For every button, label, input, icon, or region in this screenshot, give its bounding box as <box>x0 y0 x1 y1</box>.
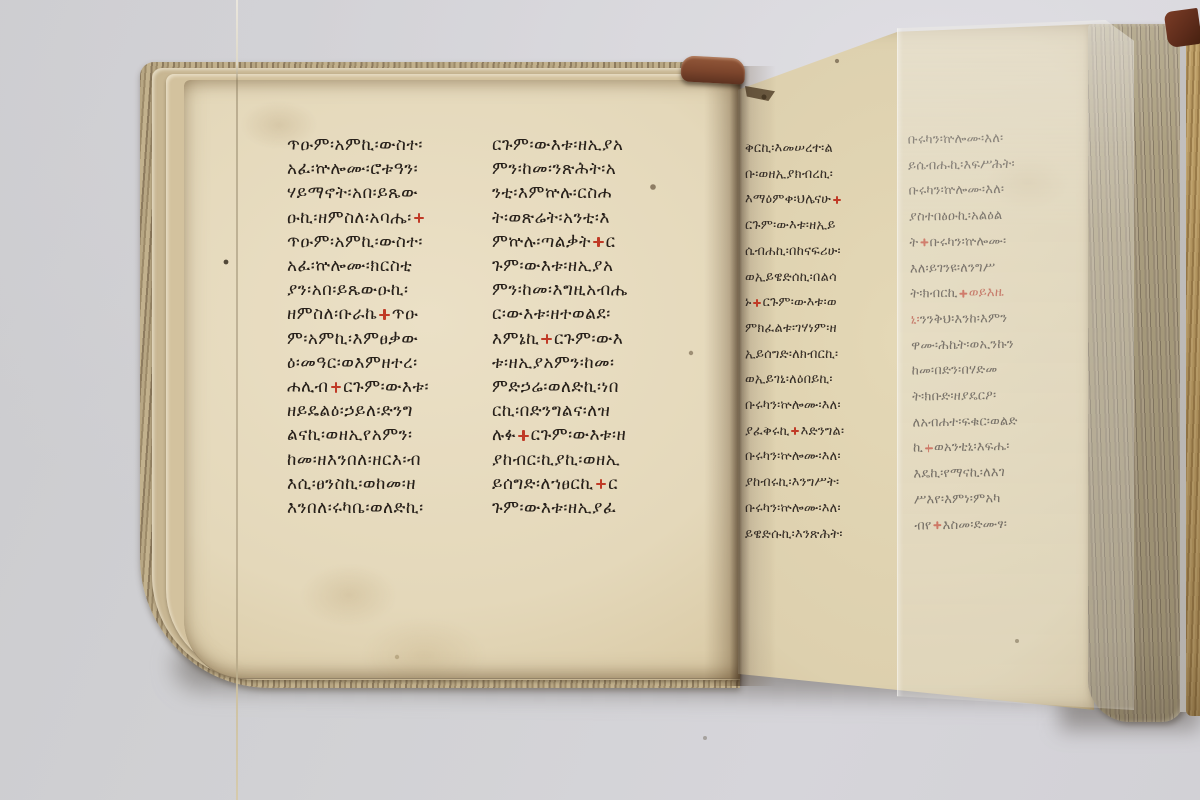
geez-text-run: ያከብር፡ኪያኪ፡ወዘኢ <box>492 450 620 470</box>
manuscript-text-line: ሃይማኖት፡አበ፡ይጼው <box>287 181 473 205</box>
manuscript-text-line: አፈ፡ኵሎሙ፡ሮቱዓን፡ <box>287 157 473 181</box>
leather-cover-corner <box>1164 8 1200 48</box>
geez-text-run: ርጉም፡ውእ <box>554 329 623 349</box>
red-cross-mark-icon <box>331 382 342 393</box>
manuscript-text-line: ወኢይገኒ፡ለዕበይኪ፡ <box>745 367 903 393</box>
geez-text-run: ሐሊብ <box>287 377 329 397</box>
spine-leather-tab <box>680 55 745 84</box>
manuscript-text-line: እንበለ፡ሩካቤ፡ወለድኪ፡ <box>287 496 473 520</box>
geez-text-run: ኑ <box>745 295 752 310</box>
geez-text-run: ጥዑም፡አምኪ፡ውስተ፡ <box>287 135 423 155</box>
geez-text-run: ያን፡አበ፡ይጼውዑኪ፡ <box>287 280 409 300</box>
manuscript-text-line: እማዕምቀ፡ህሌናሁ <box>745 187 903 213</box>
text-column-left-2: ርጉም፡ውእቱ፡ዘኢያአምን፡ከመ፡ንጽሕት፡አንቲ፡እምኵሉ፡ርስሐት፡ወጽሬ… <box>492 133 696 520</box>
red-cross-mark-icon <box>379 309 390 320</box>
manuscript-text-line: ያፈቅሩኪእድንግል፡ <box>745 419 903 445</box>
manuscript-text-line: ርጉም፡ውእቱ፡ዘኢይ <box>745 213 903 239</box>
red-cross-mark-icon <box>518 430 529 441</box>
manuscript-text-line: ቅርኪ፡እመሠረተ፡ል <box>745 136 903 162</box>
red-cross-mark-icon <box>593 237 604 248</box>
red-cross-mark-icon <box>753 299 761 307</box>
geez-text-run: ጉም፡ውእቱ፡ዘኢያአ <box>492 256 613 276</box>
manuscript-text-line: ጥዑም፡አምኪ፡ውስተ፡ <box>287 230 473 254</box>
geez-text-run: ሴብሐኪ፡በከናፍሪሁ፡ <box>745 244 841 259</box>
geez-text-run: ወኢይዌድሰኪ፡በልሳ <box>745 270 837 285</box>
manuscript-text-line: እሲ፡ፀንስኪ፡ወከመ፡ዘ <box>287 472 473 496</box>
geez-text-run: ሃይማኖት፡አበ፡ይጼው <box>287 183 418 203</box>
hanging-thread <box>236 0 238 800</box>
geez-text-run: ቡ፡ወዘኢያክብረኪ፡ <box>745 167 833 182</box>
manuscript-text-line: ሐሊብርጉም፡ውእቱ፡ <box>287 375 473 399</box>
geez-text-run: ቡሩካን፡ኵሎሙ፡እለ፡ <box>745 449 841 464</box>
geez-text-run: ዑኪ፡ዘምስለ፡አባሔ፡ <box>287 208 412 228</box>
manuscript-text-line: ቡሩካን፡ኵሎሙ፡እለ፡ <box>745 444 903 470</box>
geez-text-run: ርጉም፡ውእቱ፡ወ <box>763 295 837 310</box>
manuscript-text-line: ም፡አምኪ፡እምፀቃው <box>287 327 473 351</box>
geez-text-run: ቡሩካን፡ኵሎሙ፡እለ፡ <box>745 398 841 413</box>
geez-text-run: አፈ፡ኵሎሙ፡ክርስቲ <box>287 256 412 276</box>
manuscript-text-line: ልናኪ፡ወዘኢየአምን፡ <box>287 423 473 447</box>
red-cross-mark-icon <box>833 196 841 204</box>
geez-text-run: ቱ፡ዘኢያአምን፡ከመ፡ <box>492 353 615 373</box>
geez-text-run: ርጉም፡ውእቱ፡ዘኢያአ <box>492 135 623 155</box>
book-cover-edge <box>1186 30 1200 716</box>
geez-text-run: እሲ፡ፀንስኪ፡ወከመ፡ዘ <box>287 474 416 494</box>
manuscript-text-line: ከመ፡ዘእንበለ፡ዘርእ፡ብ <box>287 448 473 472</box>
geez-text-run: እንበለ፡ሩካቤ፡ወለድኪ፡ <box>287 498 424 518</box>
geez-text-run: ቡሩካን፡ኵሎሙ፡እለ፡ <box>745 501 841 516</box>
geez-text-run: ምን፡ከመ፡እግዚአብሔ <box>492 280 628 300</box>
manuscript-text-line: ምን፡ከመ፡እግዚአብሔ <box>492 278 696 302</box>
manuscript-text-line: ቡሩካን፡ኵሎሙ፡እለ፡ <box>745 496 903 522</box>
geez-text-run: ዕ፡መዓር፡ወእምዘተረ፡ <box>287 353 418 373</box>
geez-text-run: ት፡ወጽሬት፡አንቲ፡እ <box>492 208 610 228</box>
manuscript-text-line: ሴብሐኪ፡በከናፍሪሁ፡ <box>745 239 903 265</box>
manuscript-text-line: ምን፡ከመ፡ንጽሕት፡አ <box>492 157 696 181</box>
red-cross-mark-icon <box>541 334 552 345</box>
manuscript-text-line: ቱ፡ዘኢያአምን፡ከመ፡ <box>492 351 696 375</box>
manuscript-text-line: ያን፡አበ፡ይጼውዑኪ፡ <box>287 278 473 302</box>
red-cross-mark-icon <box>791 427 799 435</box>
text-column-right-1: ቅርኪ፡እመሠረተ፡ልቡ፡ወዘኢያክብረኪ፡እማዕምቀ፡ህሌናሁርጉም፡ውእቱ፡… <box>745 136 903 547</box>
manuscript-text-line: ዘይዴልዕ፡ኃይለ፡ድንግ <box>287 399 473 423</box>
manuscript-text-line: ቡ፡ወዘኢያክብረኪ፡ <box>745 162 903 188</box>
manuscript-text-line: ኢይሰግድ፡ለክብርኪ፡ <box>745 342 903 368</box>
manuscript-text-line: ወኢይዌድሰኪ፡በልሳ <box>745 265 903 291</box>
manuscript-text-line: ጉም፡ውእቱ፡ዘኢያፈ <box>492 496 696 520</box>
geez-text-run: ንቲ፡እምኵሉ፡ርስሐ <box>492 183 612 203</box>
geez-text-run: ምን፡ከመ፡ንጽሕት፡አ <box>492 159 616 179</box>
manuscript-text-line: ያከብሩኪ፡እንግሥት፡ <box>745 470 903 496</box>
geez-text-run: ያከብሩኪ፡እንግሥት፡ <box>745 475 839 490</box>
manuscript-text-line: ርጉም፡ውእቱ፡ዘኢያአ <box>492 133 696 157</box>
red-cross-mark-icon <box>414 213 425 224</box>
manuscript-text-line: ሉፉርጉም፡ውእቱ፡ዘ <box>492 423 696 447</box>
geez-text-run: ወኢይገኒ፡ለዕበይኪ፡ <box>745 372 833 387</box>
manuscript-text-line: ይዌድሱኪ፡እንጽሕት፡ <box>745 522 903 548</box>
geez-text-run: ር <box>606 232 616 252</box>
manuscript-text-line: ቡሩካን፡ኵሎሙ፡እለ፡ <box>745 393 903 419</box>
geez-text-run: ር፡ውእቱ፡ዘተወልደ፡ <box>492 304 611 324</box>
geez-text-run: ዘይዴልዕ፡ኃይለ፡ድንግ <box>287 401 413 421</box>
manuscript-text-line: ጉም፡ውእቱ፡ዘኢያአ <box>492 254 696 278</box>
manuscript-text-line: ንቲ፡እምኵሉ፡ርስሐ <box>492 181 696 205</box>
geez-text-run: ርጉም፡ውእቱ፡ዘኢይ <box>745 218 836 233</box>
geez-text-run: ቅርኪ፡እመሠረተ፡ል <box>745 141 833 156</box>
manuscript-text-line: ዘምስለ፡ቡራኬጥዑ <box>287 302 473 326</box>
geez-text-run: ጥዑም፡አምኪ፡ውስተ፡ <box>287 232 423 252</box>
manuscript-text-line: ምኵሉ፡ጣልቃትር <box>492 230 696 254</box>
manuscript-text-line: ኑርጉም፡ውእቱ፡ወ <box>745 290 903 316</box>
geez-text-run: ምኵሉ፡ጣልቃት <box>492 232 591 252</box>
geez-text-run: ር <box>608 474 618 494</box>
manuscript-text-line: ር፡ውእቱ፡ዘተወልደ፡ <box>492 302 696 326</box>
manuscript-text-line: ምክፈልቱ፡ገሃነም፡ዘ <box>745 316 903 342</box>
manuscript-text-line: ት፡ወጽሬት፡አንቲ፡እ <box>492 206 696 230</box>
photo-scene: ጥዑም፡አምኪ፡ውስተ፡አፈ፡ኵሎሙ፡ሮቱዓን፡ሃይማኖት፡አበ፡ይጼውዑኪ፡ዘ… <box>0 0 1200 800</box>
geez-text-run: ከመ፡ዘእንበለ፡ዘርእ፡ብ <box>287 450 421 470</box>
manuscript-text-line: ጥዑም፡አምኪ፡ውስተ፡ <box>287 133 473 157</box>
manuscript-text-line: ይሰግድ፡ለኀፀርኪር <box>492 472 696 496</box>
manuscript-text-line: ምድኃሬ፡ወለድኪ፡ነበ <box>492 375 696 399</box>
geez-text-run: ይሰግድ፡ለኀፀርኪ <box>492 474 594 494</box>
geez-text-run: ርጉም፡ውእቱ፡ <box>343 377 429 397</box>
geez-text-run: ጥዑ <box>392 304 419 324</box>
red-cross-mark-icon <box>596 479 607 490</box>
geez-text-run: ያፈቅሩኪ <box>745 424 790 439</box>
geez-text-run: ርጉም፡ውእቱ፡ዘ <box>531 425 627 445</box>
geez-text-run: ጉም፡ውእቱ፡ዘኢያፈ <box>492 498 616 518</box>
geez-text-run: ሉፉ <box>492 425 516 445</box>
manuscript-text-line: እምኔኪርጉም፡ውእ <box>492 327 696 351</box>
geez-text-run: ኢይሰግድ፡ለክብርኪ፡ <box>745 347 838 362</box>
manuscript-text-line: ያከብር፡ኪያኪ፡ወዘኢ <box>492 448 696 472</box>
geez-text-run: ይዌድሱኪ፡እንጽሕት፡ <box>745 527 843 542</box>
manuscript-text-line: ዕ፡መዓር፡ወእምዘተረ፡ <box>287 351 473 375</box>
text-column-left-1: ጥዑም፡አምኪ፡ውስተ፡አፈ፡ኵሎሙ፡ሮቱዓን፡ሃይማኖት፡አበ፡ይጼውዑኪ፡ዘ… <box>287 133 473 520</box>
dirt-specks <box>0 0 2 2</box>
geez-text-run: አፈ፡ኵሎሙ፡ሮቱዓን፡ <box>287 159 418 179</box>
geez-text-run: ልናኪ፡ወዘኢየአምን፡ <box>287 425 413 445</box>
geez-text-run: ምድኃሬ፡ወለድኪ፡ነበ <box>492 377 619 397</box>
geez-text-run: እማዕምቀ፡ህሌናሁ <box>745 192 831 207</box>
geez-text-run: ምክፈልቱ፡ገሃነም፡ዘ <box>745 321 837 336</box>
tissue-interleaf-overlay <box>897 20 1134 710</box>
manuscript-text-line: ዑኪ፡ዘምስለ፡አባሔ፡ <box>287 206 473 230</box>
geez-text-run: ርኪ፡በድንግልና፡ለዝ <box>492 401 610 421</box>
geez-text-run: ም፡አምኪ፡እምፀቃው <box>287 329 418 349</box>
geez-text-run: እምኔኪ <box>492 329 539 349</box>
manuscript-text-line: አፈ፡ኵሎሙ፡ክርስቲ <box>287 254 473 278</box>
geez-text-run: እድንግል፡ <box>801 424 845 439</box>
manuscript-text-line: ርኪ፡በድንግልና፡ለዝ <box>492 399 696 423</box>
geez-text-run: ዘምስለ፡ቡራኬ <box>287 304 377 324</box>
